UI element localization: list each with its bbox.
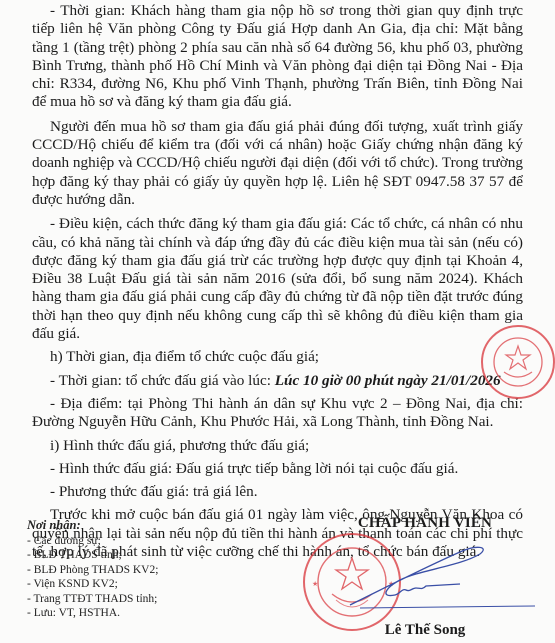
auction-time-prefix: - Thời gian: tổ chức đấu giá vào lúc: [50,372,275,389]
handwritten-signature-icon [340,540,540,610]
signatory-name: Lê Thế Song [320,622,530,639]
recipient-item: - BLĐ THADS tỉnh; [27,548,158,563]
section-i-heading: i) Hình thức đấu giá, phương thức đấu gi… [32,437,523,455]
paragraph-registration-conditions: - Điều kiện, cách thức đăng ký tham gia … [32,215,523,343]
auction-time-value: Lúc 10 giờ 00 phút ngày 21/01/2026 [275,372,501,389]
auction-location: - Địa điểm: tại Phòng Thi hành án dân sự… [32,395,523,432]
recipient-item: - Lưu: VT, HSTHA. [27,606,158,621]
auction-time-line: - Thời gian: tổ chức đấu giá vào lúc: Lú… [32,372,523,390]
svg-text:★: ★ [312,580,318,588]
seal-stamp-icon [478,322,555,402]
paragraph-buyer-requirements: Người đến mua hồ sơ tham gia đấu giá phả… [32,118,523,209]
recipient-item: - Trang TTĐT THADS tỉnh; [27,592,158,607]
auction-method: - Phương thức đấu giá: trả giá lên. [32,483,523,501]
paragraph-submission-time: - Thời gian: Khách hàng tham gia nộp hồ … [32,2,523,112]
recipient-item: - Các đương sự; [27,534,158,549]
section-h-heading: h) Thời gian, địa điểm tổ chức cuộc đấu … [32,348,523,366]
signature-block: CHẤP HÀNH VIÊN Lê Thế Song [320,515,530,532]
recipient-item: - Viện KSND KV2; [27,577,158,592]
recipients-title: Nơi nhận: [27,518,158,533]
signatory-role: CHẤP HÀNH VIÊN [320,515,530,532]
recipients-block: Nơi nhận: - Các đương sự; - BLĐ THADS tỉ… [27,518,158,621]
recipient-item: - BLĐ Phòng THADS KV2; [27,563,158,578]
document-body: - Thời gian: Khách hàng tham gia nộp hồ … [32,2,523,561]
auction-form: - Hình thức đấu giá: Đấu giá trực tiếp b… [32,460,523,478]
